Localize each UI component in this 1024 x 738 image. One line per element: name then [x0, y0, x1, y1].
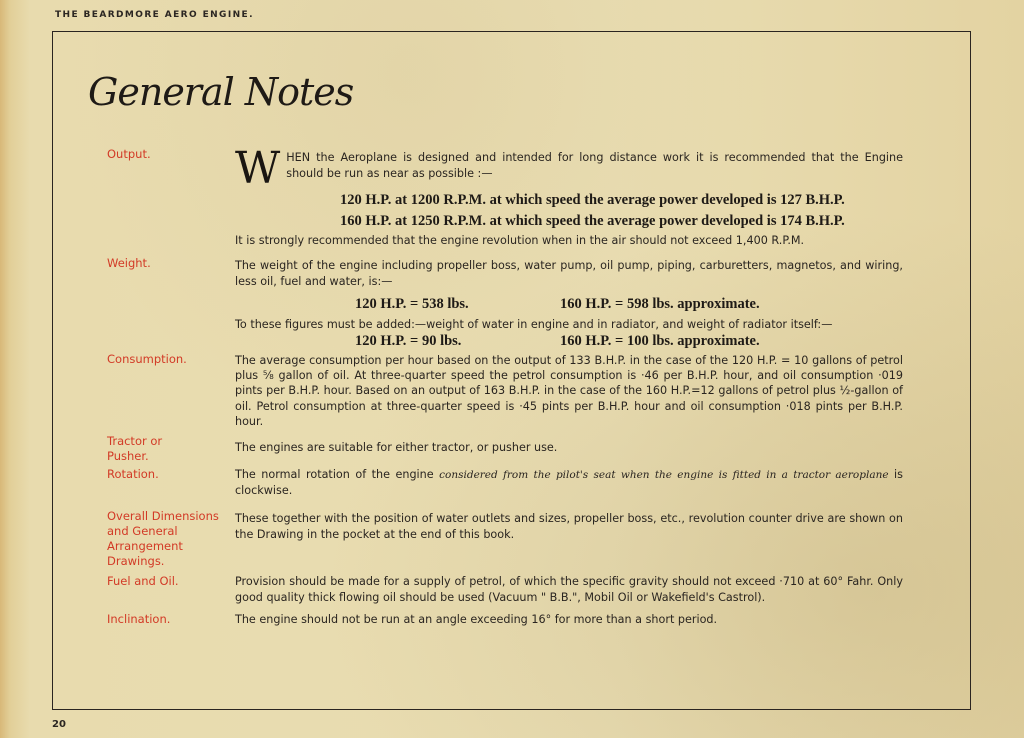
- rotation-text-italic: considered from the pilot's seat when th…: [439, 469, 888, 481]
- label-rotation: Rotation.: [107, 467, 222, 482]
- output-note: It is strongly recommended that the engi…: [235, 233, 903, 249]
- label-inclination: Inclination.: [107, 612, 222, 627]
- running-head: THE BEARDMORE AERO ENGINE.: [55, 10, 254, 20]
- output-intro-text: HEN the Aeroplane is designed and intend…: [286, 151, 903, 180]
- added-120: 120 H.P. = 90 lbs.: [355, 333, 461, 350]
- label-fuel: Fuel and Oil.: [107, 574, 222, 589]
- label-consumption: Consumption.: [107, 352, 222, 367]
- weight-intro: The weight of the engine including prope…: [235, 258, 903, 290]
- inclination-text: The engine should not be run at an angle…: [235, 612, 903, 628]
- rotation-text-a: The normal rotation of the engine: [235, 468, 439, 481]
- page-number: 20: [52, 719, 66, 730]
- dimensions-text: These together with the position of wate…: [235, 511, 903, 543]
- drop-cap: W: [235, 152, 280, 186]
- added-160: 160 H.P. = 100 lbs. approximate.: [560, 333, 760, 350]
- page-title: General Notes: [88, 70, 353, 114]
- output-intro: W HEN the Aeroplane is designed and inte…: [235, 150, 903, 186]
- rotation-text: The normal rotation of the engine consid…: [235, 467, 903, 499]
- weight-added: To these figures must be added:—weight o…: [235, 317, 903, 333]
- fuel-text: Provision should be made for a supply of…: [235, 574, 903, 606]
- tractor-text: The engines are suitable for either trac…: [235, 440, 903, 456]
- label-weight: Weight.: [107, 256, 222, 271]
- output-line-160: 160 H.P. at 1250 R.P.M. at which speed t…: [340, 213, 845, 230]
- label-output: Output.: [107, 147, 222, 162]
- weight-160: 160 H.P. = 598 lbs. approximate.: [560, 296, 760, 313]
- label-dimensions: Overall Dimensions and General Arrangeme…: [107, 509, 219, 569]
- weight-120: 120 H.P. = 538 lbs.: [355, 296, 469, 313]
- output-line-120: 120 H.P. at 1200 R.P.M. at which speed t…: [340, 192, 845, 209]
- consumption-text: The average consumption per hour based o…: [235, 353, 903, 429]
- label-tractor: Tractor or Pusher.: [107, 434, 187, 464]
